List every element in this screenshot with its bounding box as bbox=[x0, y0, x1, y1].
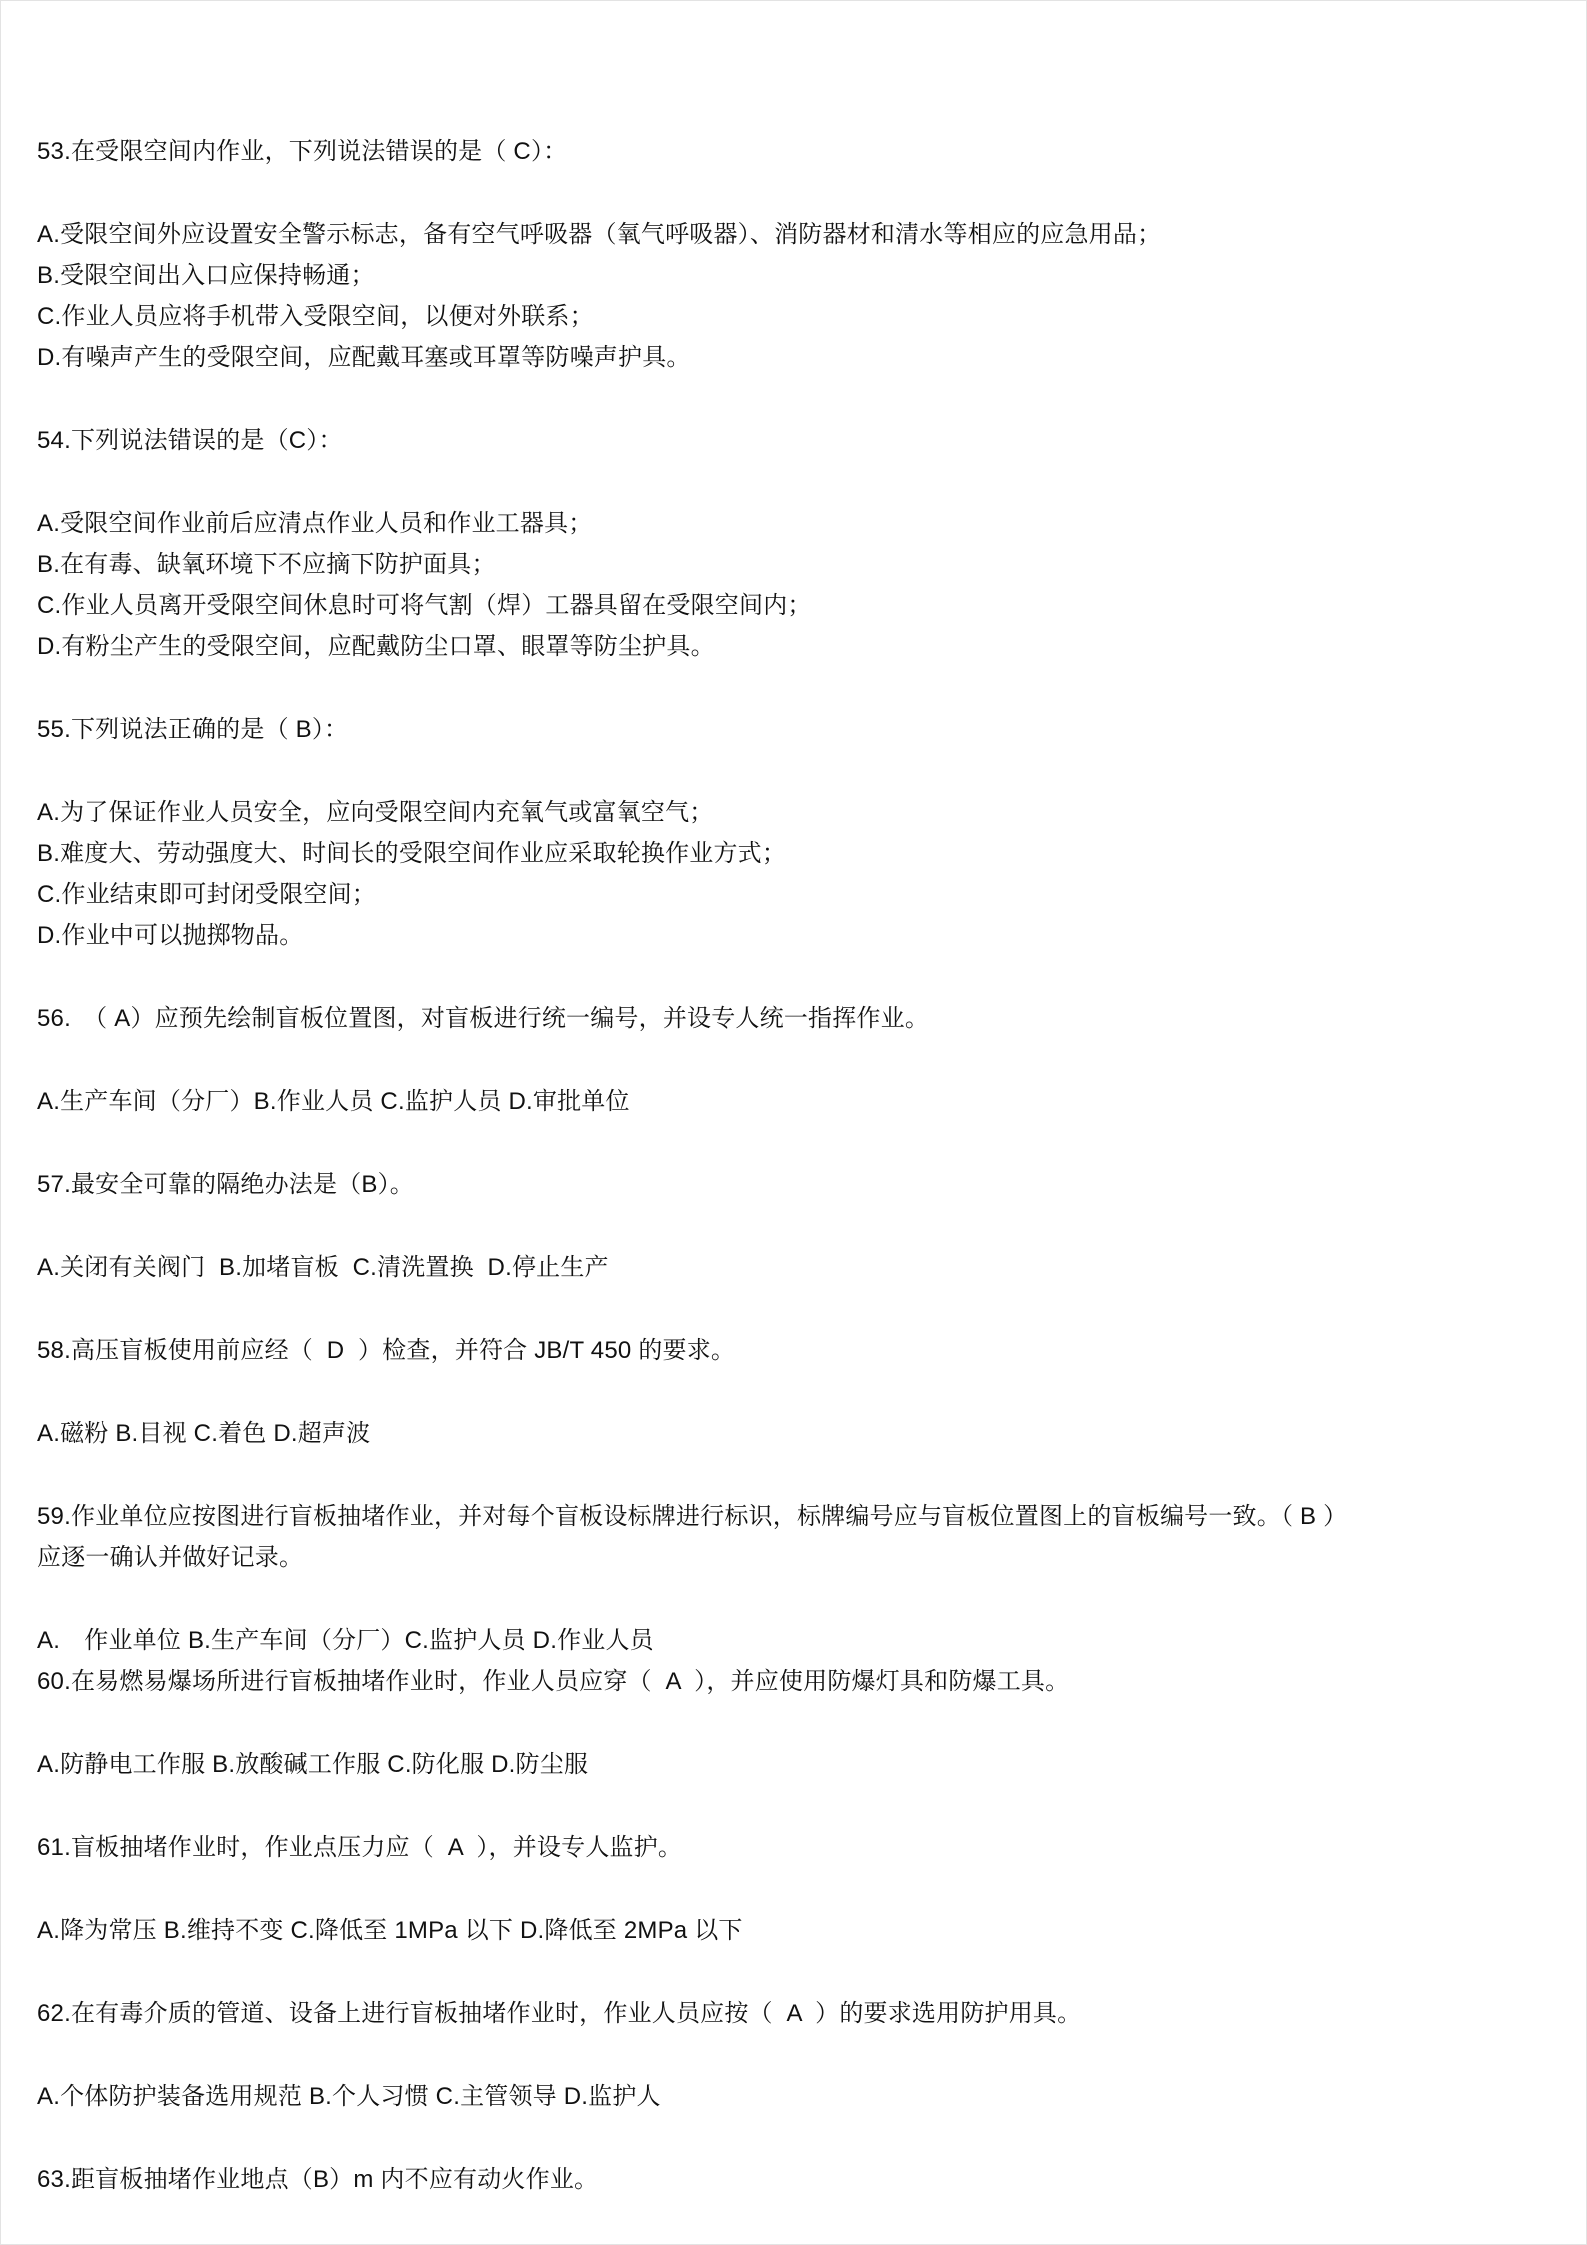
option-53-b: B.受限空间出入口应保持畅通； bbox=[37, 255, 1541, 296]
question-54: 54.下列说法错误的是（C）： bbox=[37, 420, 1541, 461]
question-61: 61.盲板抽堵作业时，作业点压力应（ A ），并设专人监护。 bbox=[37, 1827, 1541, 1868]
options-59: A. 作业单位 B.生产车间（分厂）C.监护人员 D.作业人员 bbox=[37, 1620, 1541, 1661]
question-55: 55.下列说法正确的是（ B）： bbox=[37, 709, 1541, 750]
options-57: A.关闭有关阀门 B.加堵盲板 C.清洗置换 D.停止生产 bbox=[37, 1247, 1541, 1288]
options-55: A.为了保证作业人员安全，应向受限空间内充氧气或富氧空气； B.难度大、劳动强度… bbox=[37, 792, 1541, 956]
option-54-d: D.有粉尘产生的受限空间，应配戴防尘口罩、眼罩等防尘护具。 bbox=[37, 626, 1541, 667]
option-55-c: C.作业结束即可封闭受限空间； bbox=[37, 874, 1541, 915]
option-54-c: C.作业人员离开受限空间休息时可将气割（焊）工器具留在受限空间内； bbox=[37, 585, 1541, 626]
option-53-d: D.有噪声产生的受限空间，应配戴耳塞或耳罩等防噪声护具。 bbox=[37, 337, 1541, 378]
option-53-a: A.受限空间外应设置安全警示标志，备有空气呼吸器（氧气呼吸器）、消防器材和清水等… bbox=[37, 214, 1541, 255]
document-page: 53.在受限空间内作业，下列说法错误的是（ C）： A.受限空间外应设置安全警示… bbox=[0, 0, 1587, 2245]
option-55-a: A.为了保证作业人员安全，应向受限空间内充氧气或富氧空气； bbox=[37, 792, 1541, 833]
option-53-c: C.作业人员应将手机带入受限空间，以便对外联系； bbox=[37, 296, 1541, 337]
options-53: A.受限空间外应设置安全警示标志，备有空气呼吸器（氧气呼吸器）、消防器材和清水等… bbox=[37, 214, 1541, 378]
options-62: A.个体防护装备选用规范 B.个人习惯 C.主管领导 D.监护人 bbox=[37, 2076, 1541, 2117]
option-55-d: D.作业中可以抛掷物品。 bbox=[37, 915, 1541, 956]
question-60: 60.在易燃易爆场所进行盲板抽堵作业时，作业人员应穿（ A ），并应使用防爆灯具… bbox=[37, 1661, 1541, 1702]
option-54-a: A.受限空间作业前后应清点作业人员和作业工器具； bbox=[37, 503, 1541, 544]
option-55-b: B.难度大、劳动强度大、时间长的受限空间作业应采取轮换作业方式； bbox=[37, 833, 1541, 874]
options-58: A.磁粉 B.目视 C.着色 D.超声波 bbox=[37, 1413, 1541, 1454]
question-53: 53.在受限空间内作业，下列说法错误的是（ C）： bbox=[37, 131, 1541, 172]
options-56: A.生产车间（分厂）B.作业人员 C.监护人员 D.审批单位 bbox=[37, 1081, 1541, 1122]
options-60: A.防静电工作服 B.放酸碱工作服 C.防化服 D.防尘服 bbox=[37, 1744, 1541, 1785]
question-62: 62.在有毒介质的管道、设备上进行盲板抽堵作业时，作业人员应按（ A ）的要求选… bbox=[37, 1993, 1541, 2034]
option-54-b: B.在有毒、缺氧环境下不应摘下防护面具； bbox=[37, 544, 1541, 585]
options-54: A.受限空间作业前后应清点作业人员和作业工器具； B.在有毒、缺氧环境下不应摘下… bbox=[37, 503, 1541, 667]
question-59: 59.作业单位应按图进行盲板抽堵作业，并对每个盲板设标牌进行标识，标牌编号应与盲… bbox=[37, 1496, 1541, 1578]
question-56: 56. （ A）应预先绘制盲板位置图，对盲板进行统一编号，并设专人统一指挥作业。 bbox=[37, 998, 1541, 1039]
document-body: 53.在受限空间内作业，下列说法错误的是（ C）： A.受限空间外应设置安全警示… bbox=[1, 1, 1586, 2200]
question-59-line-2: 应逐一确认并做好记录。 bbox=[37, 1537, 1541, 1578]
question-59-line-1: 59.作业单位应按图进行盲板抽堵作业，并对每个盲板设标牌进行标识，标牌编号应与盲… bbox=[37, 1496, 1541, 1537]
options-61: A.降为常压 B.维持不变 C.降低至 1MPa 以下 D.降低至 2MPa 以… bbox=[37, 1910, 1541, 1951]
question-58: 58.高压盲板使用前应经（ D ）检查，并符合 JB/T 450 的要求。 bbox=[37, 1330, 1541, 1371]
question-63: 63.距盲板抽堵作业地点（B）m 内不应有动火作业。 bbox=[37, 2159, 1541, 2200]
question-57: 57.最安全可靠的隔绝办法是（B）。 bbox=[37, 1164, 1541, 1205]
